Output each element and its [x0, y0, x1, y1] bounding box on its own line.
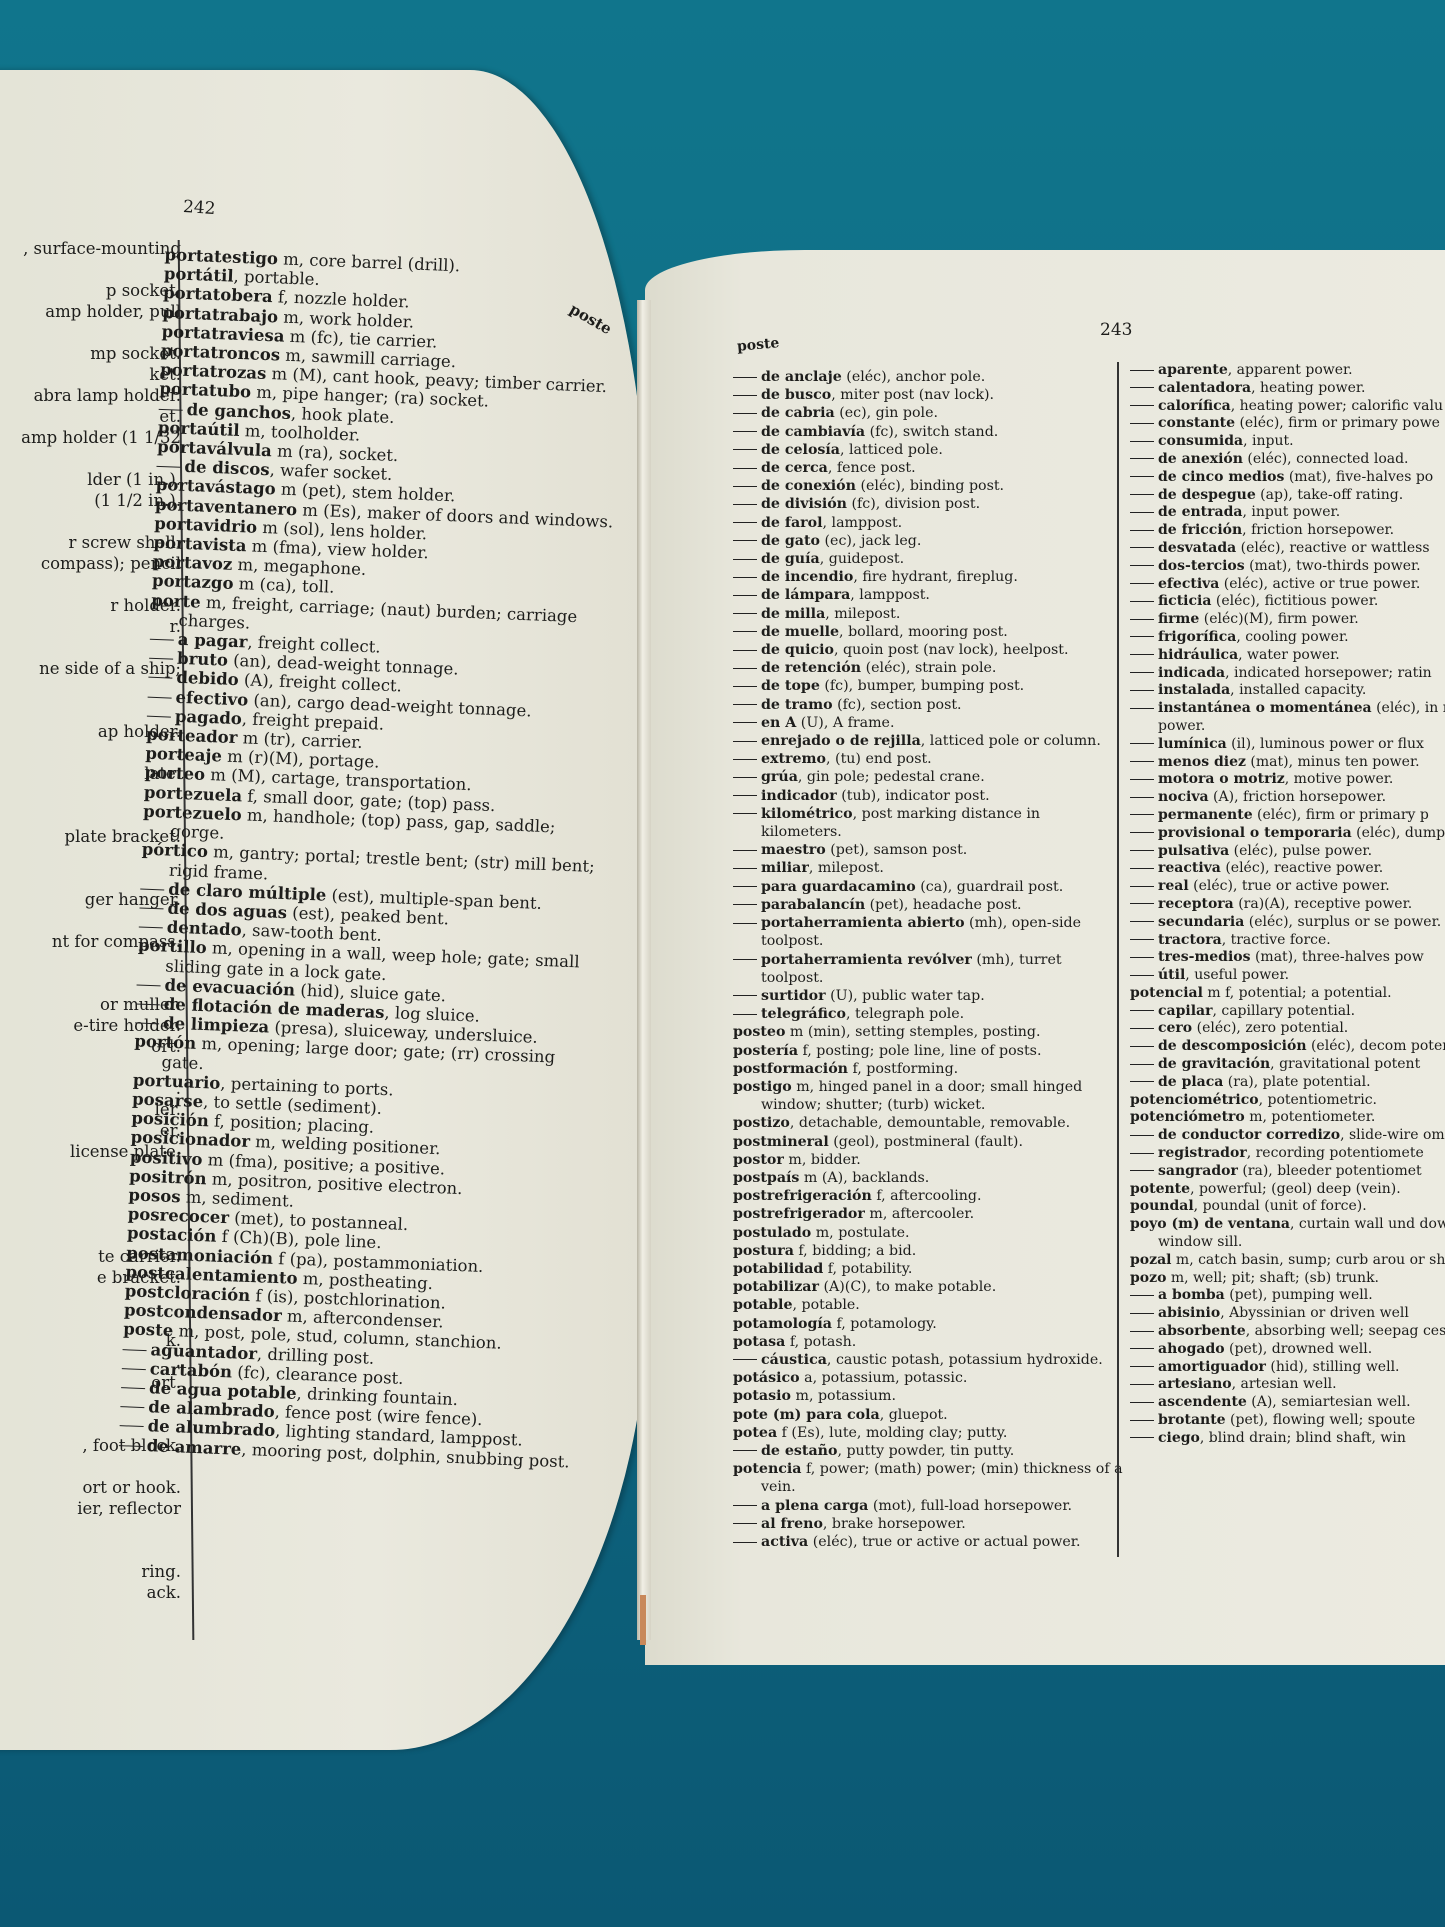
- definition: , motive power.: [1285, 771, 1394, 787]
- subentry: frigorífica, cooling power.: [1130, 629, 1445, 647]
- subentry: de conexión (eléc), binding post.: [733, 477, 1123, 495]
- headword: instantánea o momentánea: [1158, 700, 1372, 716]
- subentry: de placa (ra), plate potential.: [1130, 1074, 1445, 1092]
- subentry: kilométrico, post marking distance in ki…: [733, 805, 1123, 841]
- headword: potamología: [733, 1316, 832, 1332]
- subentry: calentadora, heating power.: [1130, 380, 1445, 398]
- definition: (eléc), firm or primary p: [1253, 807, 1429, 823]
- definition: , putty powder, tin putty.: [837, 1443, 1014, 1459]
- repeat-dash: [140, 907, 164, 909]
- dictionary-entry: posteo m (min), setting stemples, postin…: [733, 1023, 1123, 1041]
- subentry: de división (fc), division post.: [733, 495, 1123, 513]
- definition: , tractive force.: [1222, 932, 1331, 948]
- subentry: de tope (fc), bumper, bumping post.: [733, 677, 1123, 695]
- headword: de lámpara: [761, 587, 850, 603]
- subentry: de muelle, bollard, mooring post.: [733, 623, 1123, 641]
- definition: (ec), gin pole.: [835, 405, 938, 421]
- repeat-dash: [1130, 423, 1154, 424]
- repeat-dash: [733, 1542, 757, 1543]
- repeat-dash: [733, 904, 757, 905]
- definition: (mat), three-halves pow: [1251, 949, 1424, 965]
- subentry: efectiva (eléc), active or true power.: [1130, 576, 1445, 594]
- repeat-dash: [1130, 1313, 1154, 1314]
- definition: (eléc), fictitious power.: [1211, 593, 1378, 609]
- definition: (ra), plate potential.: [1223, 1074, 1370, 1090]
- repeat-dash: [733, 923, 757, 924]
- definition: , potentiometric.: [1259, 1092, 1377, 1108]
- dictionary-entry: potabilizar (A)(C), to make potable.: [733, 1278, 1123, 1296]
- definition: m (min), setting stemples, posting.: [785, 1024, 1040, 1040]
- headword: pote (m) para cola: [733, 1407, 880, 1423]
- definition: , telegraph pole.: [846, 1006, 964, 1022]
- subentry: de estaño, putty powder, tin putty.: [733, 1442, 1123, 1460]
- dictionary-entry: potasio m, potassium.: [733, 1387, 1123, 1405]
- repeat-dash: [120, 1406, 144, 1408]
- repeat-dash: [1130, 458, 1154, 459]
- headword: instalada: [1158, 682, 1230, 698]
- subentry: motora o motriz, motive power.: [1130, 771, 1445, 789]
- repeat-dash: [1130, 1170, 1154, 1171]
- column-fragment: [0, 1456, 181, 1477]
- repeat-dash: [1130, 939, 1154, 940]
- definition: (U), A frame.: [796, 715, 894, 731]
- definition: , fire hydrant, fireplug.: [853, 569, 1018, 585]
- dictionary-entry: poyo (m) de ventana, curtain wall und do…: [1130, 1216, 1445, 1252]
- repeat-dash: [1130, 601, 1154, 602]
- repeat-dash: [1130, 1010, 1154, 1011]
- headword: secundaria: [1158, 914, 1244, 930]
- definition: , latticed pole or column.: [921, 733, 1101, 749]
- definition: , slide-wire ometer.: [1340, 1127, 1445, 1143]
- definition: m, well; pit; shaft; (sb) trunk.: [1166, 1270, 1379, 1286]
- dictionary-entry: potea f (Es), lute, molding clay; putty.: [733, 1424, 1123, 1442]
- headword: de cinco medios: [1158, 469, 1284, 485]
- repeat-dash: [1130, 565, 1154, 566]
- repeat-dash: [1130, 494, 1154, 495]
- subentry: de cerca, fence post.: [733, 459, 1123, 477]
- headword: potasio: [733, 1388, 791, 1404]
- definition: f, aftercooling.: [872, 1188, 982, 1204]
- headword: potasa: [733, 1334, 785, 1350]
- dictionary-entry: postizo, detachable, demountable, remova…: [733, 1114, 1123, 1132]
- headword: firme: [1158, 611, 1199, 627]
- definition: f, power; (math) power; (min) thickness …: [761, 1461, 1123, 1495]
- repeat-dash: [1130, 441, 1154, 442]
- repeat-dash: [1130, 619, 1154, 620]
- repeat-dash: [1130, 405, 1154, 406]
- headword: de estaño: [761, 1443, 837, 1459]
- headword: abisinio: [1158, 1305, 1220, 1321]
- headword: artesiano: [1158, 1376, 1232, 1392]
- subentry: de milla, milepost.: [733, 605, 1123, 623]
- headword: potea: [733, 1425, 777, 1441]
- definition: , gin pole; pedestal crane.: [798, 769, 985, 785]
- headword: surtidor: [761, 988, 826, 1004]
- subentry: portaherramienta abierto (mh), open-side…: [733, 914, 1123, 950]
- subentry: firme (eléc)(M), firm power.: [1130, 611, 1445, 629]
- headword: positivo: [130, 1147, 203, 1169]
- headword: parabalancín: [761, 897, 865, 913]
- repeat-dash: [733, 613, 757, 614]
- dictionary-entry: potasa f, potash.: [733, 1333, 1123, 1351]
- repeat-dash: [1130, 1028, 1154, 1029]
- headword: provisional o temporaria: [1158, 825, 1352, 841]
- headword: de conexión: [761, 478, 856, 494]
- definition: , potable.: [792, 1297, 859, 1313]
- repeat-dash: [733, 850, 757, 851]
- definition: , indicated horsepower; ratin: [1225, 665, 1432, 681]
- headword: dos-tercios: [1158, 558, 1245, 574]
- definition: (il), luminous power or flux: [1227, 736, 1424, 752]
- subentry: provisional o temporaria (eléc), dump: [1130, 825, 1445, 843]
- headword: telegráfico: [761, 1006, 846, 1022]
- subentry: de despegue (ap), take-off rating.: [1130, 487, 1445, 505]
- headword: pozo: [1130, 1270, 1166, 1286]
- definition: (tub), indicator post.: [837, 788, 990, 804]
- definition: f, posting; pole line, line of posts.: [798, 1043, 1041, 1059]
- subentry: sangrador (ra), bleeder potentiomet: [1130, 1163, 1445, 1181]
- headword: potenciómetro: [1130, 1109, 1245, 1125]
- repeat-dash: [1130, 761, 1154, 762]
- repeat-dash: [733, 631, 757, 632]
- right-entries-column-1: de anclaje (eléc), anchor pole.de busco,…: [733, 368, 1123, 1551]
- definition: , lamppost.: [850, 587, 930, 603]
- repeat-dash: [733, 868, 757, 869]
- subentry: de busco, miter post (nav lock).: [733, 386, 1123, 404]
- column-fragment: [0, 259, 181, 280]
- column-fragment: [0, 322, 181, 343]
- definition: (A)(C), to make potable.: [819, 1279, 996, 1295]
- headword: enrejado o de rejilla: [761, 733, 921, 749]
- repeat-dash: [148, 696, 172, 698]
- repeat-dash: [733, 741, 757, 742]
- headword: poyo (m) de ventana: [1130, 1216, 1290, 1232]
- repeat-dash: [1130, 476, 1154, 477]
- headword: ahogado: [1158, 1341, 1225, 1357]
- headword: de milla: [761, 606, 825, 622]
- dictionary-entry: pozal m, catch basin, sump; curb arou or…: [1130, 1252, 1445, 1270]
- right-column-rule: [1117, 362, 1119, 1557]
- definition: (pet), drowned well.: [1225, 1341, 1373, 1357]
- repeat-dash: [1130, 1295, 1154, 1296]
- headword: de cambiavía: [761, 424, 865, 440]
- definition: (mat), five-halves po: [1284, 469, 1433, 485]
- column-fragment: mp socket.: [0, 343, 181, 364]
- repeat-dash: [733, 595, 757, 596]
- repeat-dash: [733, 704, 757, 705]
- definition: m f, potential; a potential.: [1203, 985, 1392, 1001]
- subentry: parabalancín (pet), headache post.: [733, 896, 1123, 914]
- headword: constante: [1158, 415, 1235, 431]
- headword: útil: [1158, 967, 1185, 983]
- repeat-dash: [1130, 832, 1154, 833]
- subentry: cero (eléc), zero potential.: [1130, 1020, 1445, 1038]
- headword: grúa: [761, 769, 798, 785]
- headword: pulsativa: [1158, 843, 1229, 859]
- dictionary-entry: postor m, bidder.: [733, 1151, 1123, 1169]
- subentry: de celosía, latticed pole.: [733, 441, 1123, 459]
- definition: , capillary potential.: [1212, 1003, 1355, 1019]
- repeat-dash: [733, 668, 757, 669]
- dictionary-entry: postrefrigerador m, aftercooler.: [733, 1205, 1123, 1223]
- headword: potenciométrico: [1130, 1092, 1259, 1108]
- subentry: en A (U), A frame.: [733, 714, 1123, 732]
- definition: , blind drain; blind shaft, win: [1200, 1430, 1406, 1446]
- headword: potabilizar: [733, 1279, 819, 1295]
- repeat-dash: [136, 1003, 160, 1005]
- repeat-dash: [733, 722, 757, 723]
- definition: (ec), jack leg.: [820, 533, 921, 549]
- subentry: de cambiavía (fc), switch stand.: [733, 423, 1123, 441]
- repeat-dash: [733, 522, 757, 523]
- dictionary-entry: postería f, posting; pole line, line of …: [733, 1042, 1123, 1060]
- headword: potencia: [733, 1461, 802, 1477]
- definition: (ra), bleeder potentiomet: [1238, 1163, 1422, 1179]
- subentry: de fricción, friction horsepower.: [1130, 522, 1445, 540]
- subentry: enrejado o de rejilla, latticed pole or …: [733, 732, 1123, 750]
- headword: desvatada: [1158, 540, 1236, 556]
- headword: de gravitación: [1158, 1056, 1270, 1072]
- headword: cáustica: [761, 1352, 827, 1368]
- subentry: de entrada, input power.: [1130, 504, 1445, 522]
- repeat-dash: [1130, 1064, 1154, 1065]
- dictionary-entry: postmineral (geol), postmineral (fault).: [733, 1133, 1123, 1151]
- headword: hidráulica: [1158, 647, 1238, 663]
- repeat-dash: [733, 431, 757, 432]
- definition: f, potamology.: [832, 1316, 937, 1332]
- repeat-dash: [733, 1450, 757, 1451]
- headword: postor: [733, 1152, 784, 1168]
- definition: (eléc), connected load.: [1243, 451, 1409, 467]
- definition: (fc), division post.: [847, 496, 980, 512]
- column-fragment: ort or hook.: [0, 1477, 181, 1498]
- headword: amortiguador: [1158, 1359, 1266, 1375]
- repeat-dash: [733, 777, 757, 778]
- definition: , lamppost.: [823, 515, 903, 531]
- subentry: maestro (pet), samson post.: [733, 841, 1123, 859]
- definition: , milepost.: [809, 860, 884, 876]
- repeat-dash: [1130, 547, 1154, 548]
- repeat-dash: [733, 504, 757, 505]
- headword: pozal: [1130, 1252, 1171, 1268]
- subentry: de descomposición (eléc), decom potentia…: [1130, 1038, 1445, 1056]
- repeat-dash: [733, 559, 757, 560]
- headword: porte: [151, 590, 201, 611]
- repeat-dash: [148, 677, 172, 679]
- definition: (eléc), zero potential.: [1192, 1020, 1348, 1036]
- definition: , caustic potash, potassium hydroxide.: [827, 1352, 1103, 1368]
- subentry: de cabria (ec), gin pole.: [733, 404, 1123, 422]
- subentry: a plena carga (mot), full-load horsepowe…: [733, 1497, 1123, 1515]
- subentry: de anexión (eléc), connected load.: [1130, 451, 1445, 469]
- right-page-number: 243: [1100, 320, 1132, 340]
- definition: (ap), take-off rating.: [1256, 487, 1403, 503]
- headword: cero: [1158, 1020, 1192, 1036]
- dictionary-entry: potenciométrico, potentiometric.: [1130, 1092, 1445, 1110]
- headword: de cabria: [761, 405, 835, 421]
- headword: ciego: [1158, 1430, 1200, 1446]
- repeat-dash: [733, 795, 757, 796]
- headword: de placa: [1158, 1074, 1223, 1090]
- headword: dentado: [166, 918, 242, 940]
- headword: portón: [134, 1032, 197, 1053]
- headword: debido: [176, 668, 239, 689]
- subentry: de lámpara, lamppost.: [733, 586, 1123, 604]
- definition: (fc), section post.: [833, 697, 962, 713]
- repeat-dash: [733, 759, 757, 760]
- subentry: nociva (A), friction horsepower.: [1130, 789, 1445, 807]
- repeat-dash: [139, 927, 163, 929]
- definition: (eléc), true or active power.: [1189, 878, 1390, 894]
- repeat-dash: [1130, 708, 1154, 709]
- repeat-dash: [1130, 1402, 1154, 1403]
- repeat-dash: [733, 995, 757, 996]
- headword: lumínica: [1158, 736, 1227, 752]
- headword: efectiva: [1158, 576, 1219, 592]
- subentry: secundaria (eléc), surplus or se power.: [1130, 914, 1445, 932]
- repeat-dash: [140, 888, 164, 890]
- definition: , milepost.: [825, 606, 900, 622]
- headword: en A: [761, 715, 796, 731]
- dictionary-entry: pote (m) para cola, gluepot.: [733, 1406, 1123, 1424]
- repeat-dash: [733, 813, 757, 814]
- headword: absorbente: [1158, 1323, 1246, 1339]
- subentry: aparente, apparent power.: [1130, 362, 1445, 380]
- subentry: pulsativa (eléc), pulse power.: [1130, 843, 1445, 861]
- repeat-dash: [1130, 636, 1154, 637]
- headword: a bomba: [1158, 1287, 1225, 1303]
- headword: posarse: [132, 1089, 204, 1111]
- headword: kilométrico: [761, 806, 853, 822]
- subentry: calorífica, heating power; calorific val…: [1130, 398, 1445, 416]
- subentry: dos-tercios (mat), two-thirds power.: [1130, 558, 1445, 576]
- headword: aparente: [1158, 362, 1228, 378]
- subentry: telegráfico, telegraph pole.: [733, 1005, 1123, 1023]
- headword: consumida: [1158, 433, 1243, 449]
- headword: portillo: [138, 936, 207, 958]
- headword: de gato: [761, 533, 820, 549]
- column-fragment: ring.: [0, 1561, 181, 1582]
- repeat-dash: [1130, 797, 1154, 798]
- definition: , gluepot.: [880, 1407, 948, 1423]
- headword: pagado: [175, 707, 243, 729]
- dictionary-entry: potabilidad f, potability.: [733, 1260, 1123, 1278]
- definition: , apparent power.: [1228, 362, 1353, 378]
- dictionary-entry: potencial m f, potential; a potential.: [1130, 985, 1445, 1003]
- subentry: ascendente (A), semiartesian well.: [1130, 1394, 1445, 1412]
- definition: (U), public water tap.: [826, 988, 985, 1004]
- definition: (eléc), dump: [1352, 825, 1445, 841]
- headword: poundal: [1130, 1198, 1194, 1214]
- definition: m, postulate.: [811, 1225, 909, 1241]
- headword: a plena carga: [761, 1498, 868, 1514]
- definition: , miter post (nav lock).: [831, 387, 994, 403]
- headword: postulado: [733, 1225, 811, 1241]
- headword: de muelle: [761, 624, 839, 640]
- definition: a, potassium, potassic.: [800, 1370, 968, 1386]
- repeat-dash: [733, 686, 757, 687]
- definition: m, aftercooler.: [865, 1206, 974, 1222]
- subentry: desvatada (eléc), reactive or wattless: [1130, 540, 1445, 558]
- subentry: de retención (eléc), strain pole.: [733, 659, 1123, 677]
- headword: nociva: [1158, 789, 1209, 805]
- repeat-dash: [733, 1505, 757, 1506]
- repeat-dash: [733, 1359, 757, 1360]
- repeat-dash: [147, 716, 171, 718]
- repeat-dash: [122, 1368, 146, 1370]
- definition: (pet), pumping well.: [1225, 1287, 1373, 1303]
- definition: , gravitational potent: [1270, 1056, 1420, 1072]
- definition: m, catch basin, sump; curb arou or shaft…: [1171, 1252, 1445, 1268]
- definition: f, postforming.: [848, 1061, 958, 1077]
- definition: , brake horsepower.: [823, 1516, 966, 1532]
- repeat-dash: [1130, 672, 1154, 673]
- headword: activa: [761, 1534, 808, 1550]
- repeat-dash: [135, 1023, 159, 1025]
- definition: m (A), backlands.: [799, 1170, 929, 1186]
- column-fragment: [0, 1519, 181, 1540]
- repeat-dash: [1130, 583, 1154, 584]
- dictionary-entry: postrefrigeración f, aftercooling.: [733, 1187, 1123, 1205]
- headword: tractora: [1158, 932, 1222, 948]
- repeat-dash: [1130, 1384, 1154, 1385]
- headword: postura: [733, 1243, 794, 1259]
- column-fragment: (1 1/2 in.).: [0, 490, 181, 511]
- subentry: de guía, guidepost.: [733, 550, 1123, 568]
- definition: (eléc)(M), firm power.: [1199, 611, 1358, 627]
- repeat-dash: [733, 577, 757, 578]
- subentry: amortiguador (hid), stilling well.: [1130, 1359, 1445, 1377]
- subentry: instantánea o momentánea (eléc), in neou…: [1130, 700, 1445, 736]
- headword: de retención: [761, 660, 861, 676]
- left-entries-column: portatestigo m, core barrel (drill).port…: [119, 245, 625, 1472]
- subentry: para guardacamino (ca), guardrail post.: [733, 878, 1123, 896]
- headword: calorífica: [1158, 398, 1231, 414]
- headword: brotante: [1158, 1412, 1226, 1428]
- dictionary-entry: postpaís m (A), backlands.: [733, 1169, 1123, 1187]
- headword: portaherramienta abierto: [761, 915, 965, 931]
- spine-edge: [640, 1595, 646, 1645]
- definition: (eléc), reactive or wattless: [1236, 540, 1429, 556]
- headword: postería: [733, 1043, 798, 1059]
- repeat-dash: [733, 886, 757, 887]
- headword: porteaje: [145, 744, 222, 766]
- repeat-dash: [1130, 387, 1154, 388]
- repeat-dash: [1130, 743, 1154, 744]
- definition: (mot), full-load horsepower.: [868, 1498, 1072, 1514]
- headword: de conductor corredizo: [1158, 1127, 1340, 1143]
- definition: f, potability.: [823, 1261, 912, 1277]
- headword: tres-medios: [1158, 949, 1251, 965]
- repeat-dash: [733, 395, 757, 396]
- headword: de guía: [761, 551, 820, 567]
- subentry: de anclaje (eléc), anchor pole.: [733, 368, 1123, 386]
- headword: de entrada: [1158, 504, 1242, 520]
- repeat-dash: [119, 1445, 143, 1447]
- subentry: artesiano, artesian well.: [1130, 1376, 1445, 1394]
- column-fragment: abra lamp holder.: [0, 385, 181, 406]
- repeat-dash: [1130, 1081, 1154, 1082]
- headword: porteo: [144, 763, 205, 784]
- subentry: receptora (ra)(A), receptive power.: [1130, 896, 1445, 914]
- definition: , input power.: [1242, 504, 1340, 520]
- subentry: indicador (tub), indicator post.: [733, 787, 1123, 805]
- repeat-dash: [1130, 1046, 1154, 1047]
- definition: , (tu) end post.: [826, 751, 932, 767]
- subentry: de farol, lamppost.: [733, 514, 1123, 532]
- headword: para guardacamino: [761, 879, 916, 895]
- headword: postrefrigeración: [733, 1188, 872, 1204]
